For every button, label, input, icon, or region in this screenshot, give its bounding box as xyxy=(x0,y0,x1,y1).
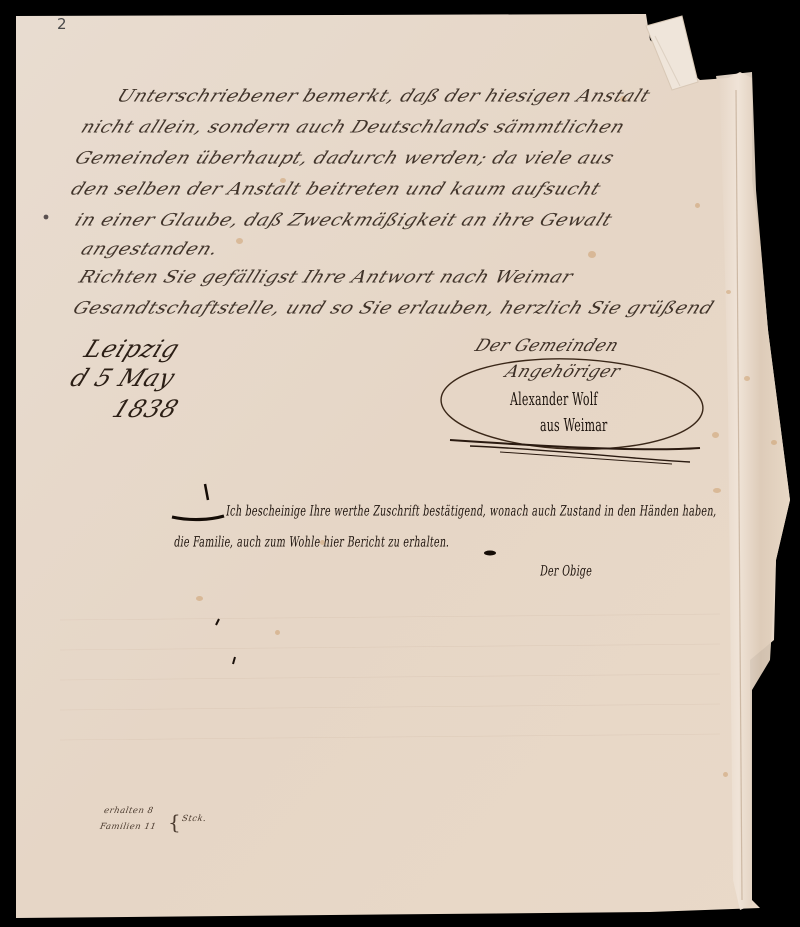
foxing-stain xyxy=(771,440,777,445)
oval-name-line-2: aus Weimar xyxy=(540,415,607,436)
body-line: Gemeinden überhaupt, dadurch werden; da … xyxy=(72,148,617,168)
body-line: Gesandtschaftstelle, und so Sie erlauben… xyxy=(70,298,717,318)
place: Leipzig xyxy=(80,335,184,363)
margin-note-line-1: erhalten 8 xyxy=(103,806,154,816)
foxing-stain xyxy=(695,203,700,208)
foxing-stain xyxy=(588,251,596,258)
body-line: angestanden. xyxy=(78,239,222,259)
foxing-stain xyxy=(236,238,243,244)
year: 1838 xyxy=(108,395,182,423)
foxing-stain xyxy=(726,290,731,294)
signature-line-1: Der Gemeinden xyxy=(472,336,622,356)
page-number: 2 xyxy=(57,15,67,33)
foxing-stain xyxy=(744,376,750,381)
annotation-line-2: die Familie, auch zum Wohle hier Bericht… xyxy=(173,534,451,551)
foxing-stain xyxy=(275,630,280,635)
signature-line-2: Angehöriger xyxy=(502,362,624,382)
margin-note-bracket-label: Stck. xyxy=(181,814,207,824)
body-line: in einer Glaube, daß Zweckmäßigkeit an i… xyxy=(72,210,615,230)
body-line: Richten Sie gefälligst Ihre Antwort nach… xyxy=(76,267,576,287)
foxing-stain xyxy=(723,772,728,777)
annotation-line-1: Ich bescheinige Ihre werthe Zuschrift be… xyxy=(225,503,718,520)
margin-note-line-2: Familien 11 xyxy=(99,822,157,832)
oval-name-line-1: Alexander Wolf xyxy=(510,389,598,410)
body-line: den selben der Anstalt beitreten und kau… xyxy=(68,179,604,199)
paper-sheet xyxy=(0,0,800,927)
date: d 5 May xyxy=(66,364,179,392)
body-line: Unterschriebener bemerkt, daß der hiesig… xyxy=(114,86,653,106)
margin-note-bracket: { xyxy=(168,810,181,834)
foxing-stain xyxy=(712,432,719,438)
foxing-stain xyxy=(196,596,203,601)
foxing-stain xyxy=(713,488,721,493)
body-line: nicht allein, sondern auch Deutschlands … xyxy=(78,117,628,137)
annotation-signoff: Der Obige xyxy=(539,563,593,580)
